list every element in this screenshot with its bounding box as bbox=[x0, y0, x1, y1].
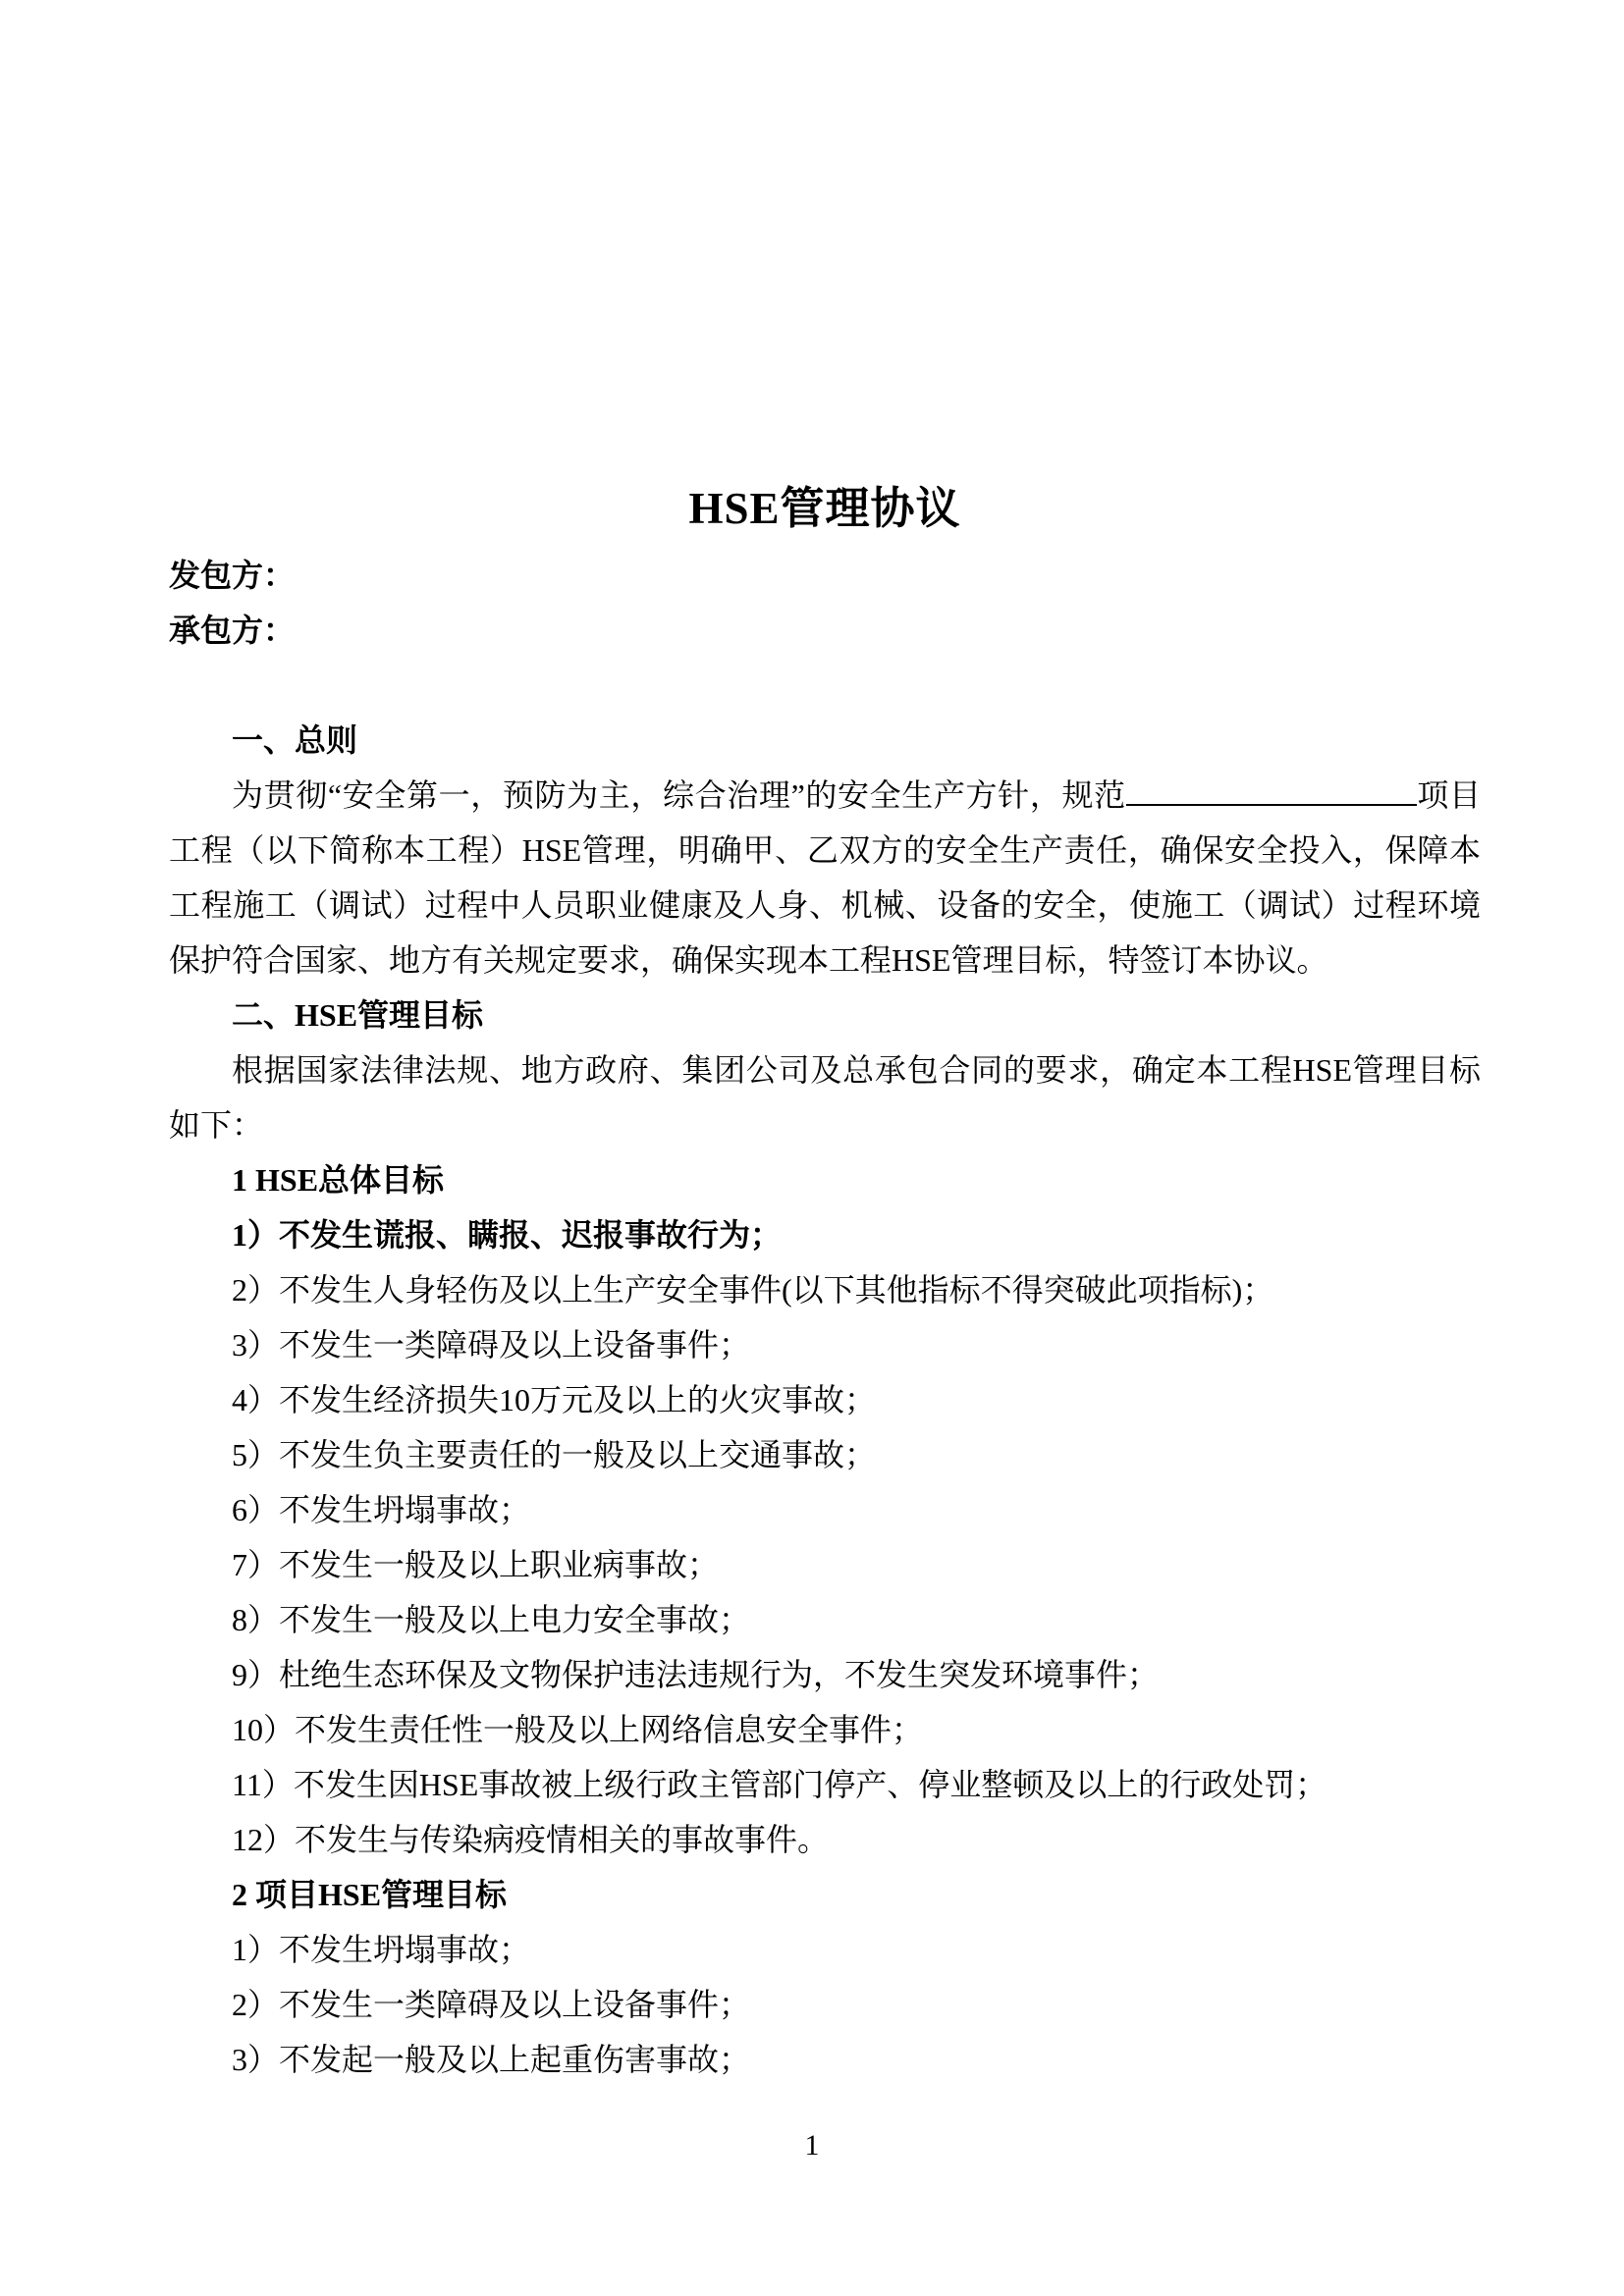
goal-item: 10）不发生责任性一般及以上网络信息安全事件； bbox=[169, 1702, 1481, 1757]
party-b-label: 承包方： bbox=[169, 603, 1481, 658]
goal-item: 2）不发生一类障碍及以上设备事件； bbox=[169, 1977, 1481, 2032]
goal-item: 1）不发生谎报、瞒报、迟报事故行为； bbox=[169, 1207, 1481, 1262]
section-1-paragraph: 为贯彻“安全第一，预防为主，综合治理”的安全生产方针，规范项目工程（以下简称本工… bbox=[169, 768, 1481, 988]
goal-item: 3）不发生一类障碍及以上设备事件； bbox=[169, 1317, 1481, 1372]
goal-item: 11）不发生因HSE事故被上级行政主管部门停产、停业整顿及以上的行政处罚； bbox=[169, 1757, 1481, 1812]
subsection-1-heading: 1 HSE总体目标 bbox=[169, 1152, 1481, 1207]
goal-item: 12）不发生与传染病疫情相关的事故事件。 bbox=[169, 1812, 1481, 1867]
subsection-2-heading: 2 项目HSE管理目标 bbox=[169, 1867, 1481, 1922]
party-a-label: 发包方： bbox=[169, 548, 1481, 603]
page-number: 1 bbox=[0, 2126, 1624, 2165]
goal-item: 9）杜绝生态环保及文物保护违法违规行为，不发生突发环境事件； bbox=[169, 1647, 1481, 1702]
goal-item: 6）不发生坍塌事故； bbox=[169, 1482, 1481, 1537]
document-content: HSE管理协议 发包方： 承包方： 一、总则 为贯彻“安全第一，预防为主，综合治… bbox=[169, 479, 1481, 2087]
goal-item: 7）不发生一般及以上职业病事故； bbox=[169, 1537, 1481, 1592]
blank-line-spacer bbox=[169, 658, 1481, 713]
document-page: HSE管理协议 发包方： 承包方： 一、总则 为贯彻“安全第一，预防为主，综合治… bbox=[0, 0, 1624, 2296]
goal-item: 2）不发生人身轻伤及以上生产安全事件(以下其他指标不得突破此项指标)； bbox=[169, 1262, 1481, 1317]
fill-in-blank-underline bbox=[1126, 773, 1417, 806]
goal-item: 1）不发生坍塌事故； bbox=[169, 1922, 1481, 1977]
page-title: HSE管理协议 bbox=[169, 479, 1481, 538]
goal-item: 4）不发生经济损失10万元及以上的火灾事故； bbox=[169, 1372, 1481, 1427]
section-1-heading: 一、总则 bbox=[169, 713, 1481, 768]
goal-item: 5）不发生负主要责任的一般及以上交通事故； bbox=[169, 1427, 1481, 1482]
goal-item: 8）不发生一般及以上电力安全事故； bbox=[169, 1592, 1481, 1647]
paragraph-text-before-blank: 为贯彻“安全第一，预防为主，综合治理”的安全生产方针，规范 bbox=[232, 777, 1126, 813]
section-2-intro-paragraph: 根据国家法律法规、地方政府、集团公司及总承包合同的要求，确定本工程HSE管理目标… bbox=[169, 1042, 1481, 1152]
section-2-heading: 二、HSE管理目标 bbox=[169, 988, 1481, 1042]
goal-item: 3）不发起一般及以上起重伤害事故； bbox=[169, 2032, 1481, 2087]
